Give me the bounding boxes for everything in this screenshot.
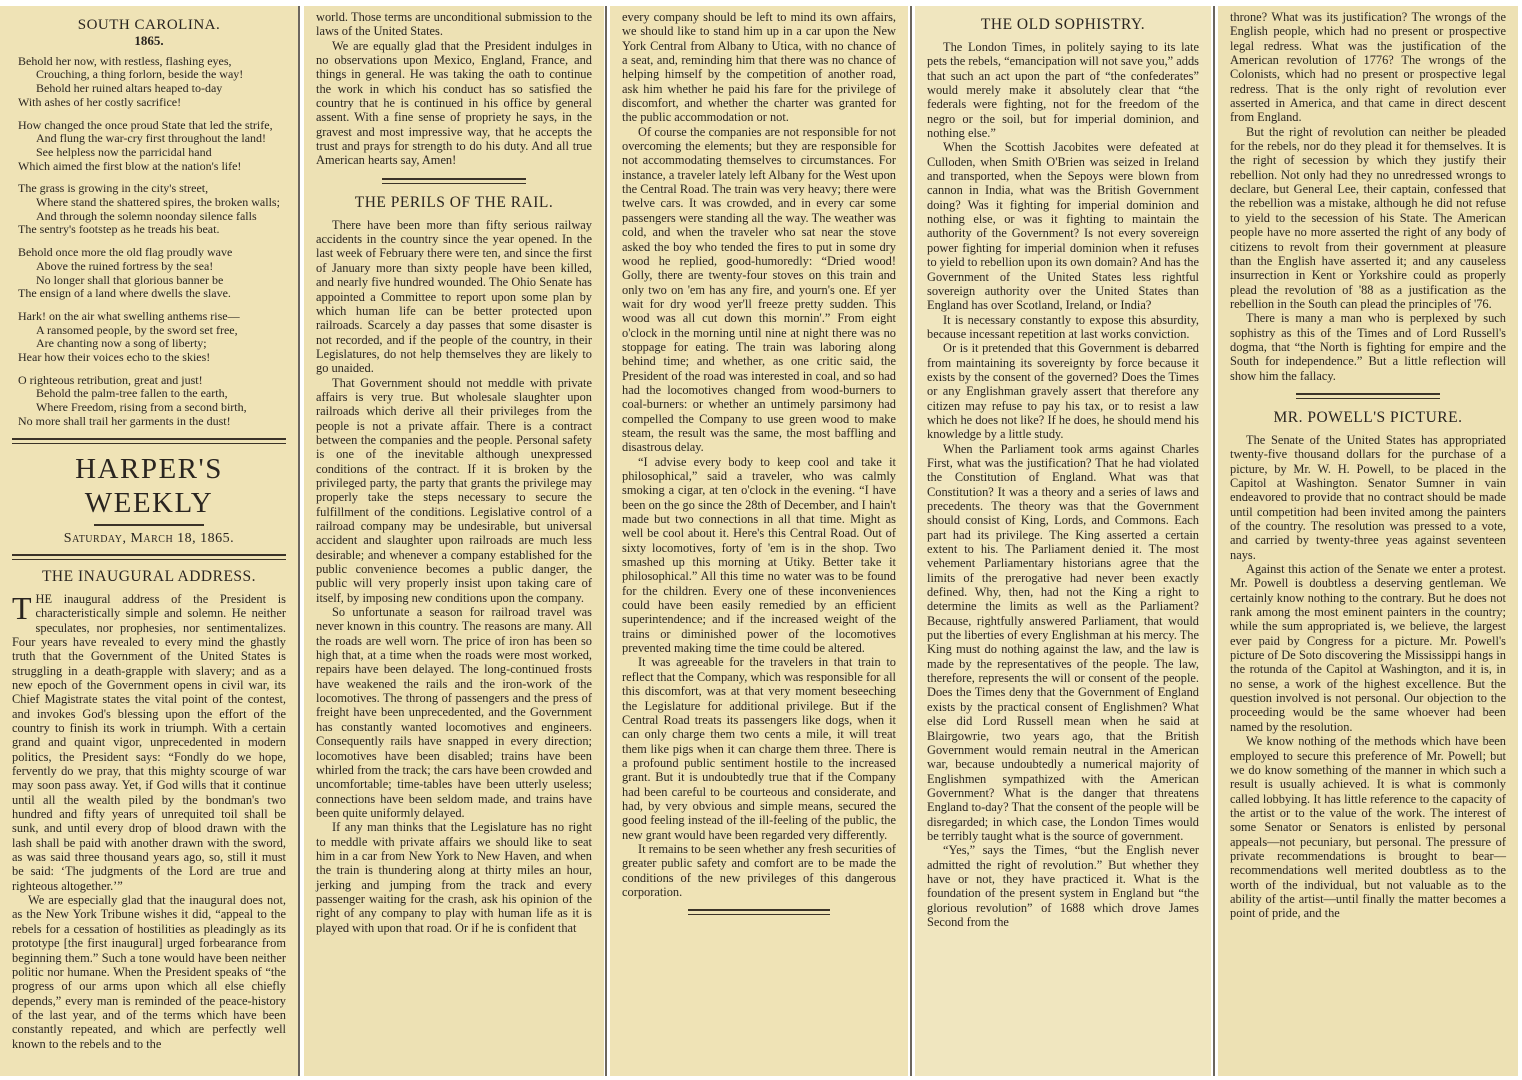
masthead-rule bbox=[94, 524, 204, 526]
article-paragraph: So unfortunate a season for railroad tra… bbox=[316, 605, 592, 820]
article-paragraph: But the right of revolution can neither … bbox=[1230, 125, 1506, 311]
article-paragraph: every company should be left to mind its… bbox=[622, 10, 896, 125]
poem-stanza: Hark! on the air what swelling anthems r… bbox=[18, 310, 286, 365]
poem-line: And through the solemn noonday silence f… bbox=[18, 210, 286, 224]
article-paragraph: There is many a man who is perplexed by … bbox=[1230, 311, 1506, 383]
article-paragraph: “Yes,” says the Times, “but the English … bbox=[927, 843, 1199, 929]
article-title-sophistry: THE OLD SOPHISTRY. bbox=[927, 16, 1199, 34]
section-rule bbox=[382, 178, 526, 184]
article-paragraph: It remains to be seen whether any fresh … bbox=[622, 842, 896, 899]
poem-line: And flung the war-cry first throughout t… bbox=[18, 132, 286, 146]
article-paragraph: If any man thinks that the Legislature h… bbox=[316, 820, 592, 935]
drop-cap: T bbox=[12, 594, 32, 622]
article-paragraph: When the Scottish Jacobites were defeate… bbox=[927, 140, 1199, 312]
article-paragraph: When the Parliament took arms against Ch… bbox=[927, 442, 1199, 844]
section-rule bbox=[12, 554, 286, 560]
article-paragraph: It was agreeable for the travelers in th… bbox=[622, 655, 896, 841]
article-paragraph: THE inaugural address of the President i… bbox=[12, 592, 286, 893]
article-paragraph: Against this action of the Senate we ent… bbox=[1230, 562, 1506, 734]
dateline: Saturday, March 18, 1865. bbox=[12, 532, 286, 546]
column-divider bbox=[1213, 6, 1215, 1076]
article-paragraph: throne? What was its justification? The … bbox=[1230, 10, 1506, 125]
column-3: every company should be left to mind its… bbox=[610, 6, 908, 1076]
section-rule bbox=[688, 909, 830, 915]
article-paragraph: There have been more than fifty serious … bbox=[316, 218, 592, 376]
poem-line: A ransomed people, by the sword set free… bbox=[18, 324, 286, 338]
column-1: SOUTH CAROLINA. 1865. Behold her now, wi… bbox=[0, 6, 298, 1076]
poem-stanza: The grass is growing in the city's stree… bbox=[18, 182, 286, 237]
poem-line: Where Freedom, rising from a second birt… bbox=[18, 401, 286, 415]
poem-line: Hear how their voices echo to the skies! bbox=[18, 351, 286, 365]
section-rule bbox=[1296, 393, 1440, 399]
poem-stanza: Behold once more the old flag proudly wa… bbox=[18, 246, 286, 301]
column-divider bbox=[910, 6, 912, 1076]
article-paragraph: We know nothing of the methods which hav… bbox=[1230, 734, 1506, 920]
poem-line: The grass is growing in the city's stree… bbox=[18, 182, 286, 196]
article-paragraph: Of course the companies are not responsi… bbox=[622, 125, 896, 455]
poem-line: No more shall trail her garments in the … bbox=[18, 415, 286, 429]
column-divider bbox=[298, 6, 300, 1076]
poem-line: Where stand the shattered spires, the br… bbox=[18, 196, 286, 210]
column-2: world. Those terms are unconditional sub… bbox=[304, 6, 604, 1076]
poem-stanza: O righteous retribution, great and just!… bbox=[18, 374, 286, 429]
article-paragraph: “I advise every body to keep cool and ta… bbox=[622, 455, 896, 656]
article-paragraph: Or is it pretended that this Government … bbox=[927, 341, 1199, 441]
poem-line: Which aimed the first blow at the nation… bbox=[18, 160, 286, 174]
poem-line: Are chanting now a song of liberty; bbox=[18, 337, 286, 351]
poem-line: Behold once more the old flag proudly wa… bbox=[18, 246, 286, 260]
article-paragraph: We are equally glad that the President i… bbox=[316, 39, 592, 168]
poem-line: Hark! on the air what swelling anthems r… bbox=[18, 310, 286, 324]
poem-line: No longer shall that glorious banner be bbox=[18, 274, 286, 288]
poem-line: Crouching, a thing forlorn, beside the w… bbox=[18, 68, 286, 82]
section-rule bbox=[12, 438, 286, 444]
article-title-rail: THE PERILS OF THE RAIL. bbox=[316, 194, 592, 212]
poem-stanza: How changed the once proud State that le… bbox=[18, 119, 286, 174]
poem-line: The ensign of a land where dwells the sl… bbox=[18, 287, 286, 301]
article-paragraph: world. Those terms are unconditional sub… bbox=[316, 10, 592, 39]
poem-line: The sentry's footstep as he treads his b… bbox=[18, 223, 286, 237]
article-title-inaugural: THE INAUGURAL ADDRESS. bbox=[12, 568, 286, 586]
poem-line: See helpless now the parricidal hand bbox=[18, 146, 286, 160]
column-5: throne? What was its justification? The … bbox=[1218, 6, 1518, 1076]
poem-year: 1865. bbox=[12, 34, 286, 48]
article-paragraph: We are especially glad that the inaugura… bbox=[12, 893, 286, 1051]
article-paragraph: The Senate of the United States has appr… bbox=[1230, 433, 1506, 562]
column-4: THE OLD SOPHISTRY. The London Times, in … bbox=[915, 6, 1211, 1076]
article-paragraph: The London Times, in politely saying to … bbox=[927, 40, 1199, 140]
column-divider bbox=[605, 6, 607, 1076]
poem-line: Behold the palm-tree fallen to the earth… bbox=[18, 387, 286, 401]
poem-stanzas: Behold her now, with restless, flashing … bbox=[12, 55, 286, 429]
poem-stanza: Behold her now, with restless, flashing … bbox=[18, 55, 286, 110]
poem-line: Behold her ruined altars heaped to-day bbox=[18, 82, 286, 96]
article-title-powell: MR. POWELL'S PICTURE. bbox=[1230, 409, 1506, 427]
masthead: HARPER'S WEEKLY bbox=[12, 452, 286, 520]
poem-line: With ashes of her costly sacrifice! bbox=[18, 96, 286, 110]
poem-title: SOUTH CAROLINA. bbox=[12, 18, 286, 32]
poem-line: O righteous retribution, great and just! bbox=[18, 374, 286, 388]
article-paragraph: That Government should not meddle with p… bbox=[316, 376, 592, 606]
poem-line: Behold her now, with restless, flashing … bbox=[18, 55, 286, 69]
poem-line: Above the ruined fortress by the sea! bbox=[18, 260, 286, 274]
article-paragraph: It is necessary constantly to expose thi… bbox=[927, 313, 1199, 342]
poem-line: How changed the once proud State that le… bbox=[18, 119, 286, 133]
